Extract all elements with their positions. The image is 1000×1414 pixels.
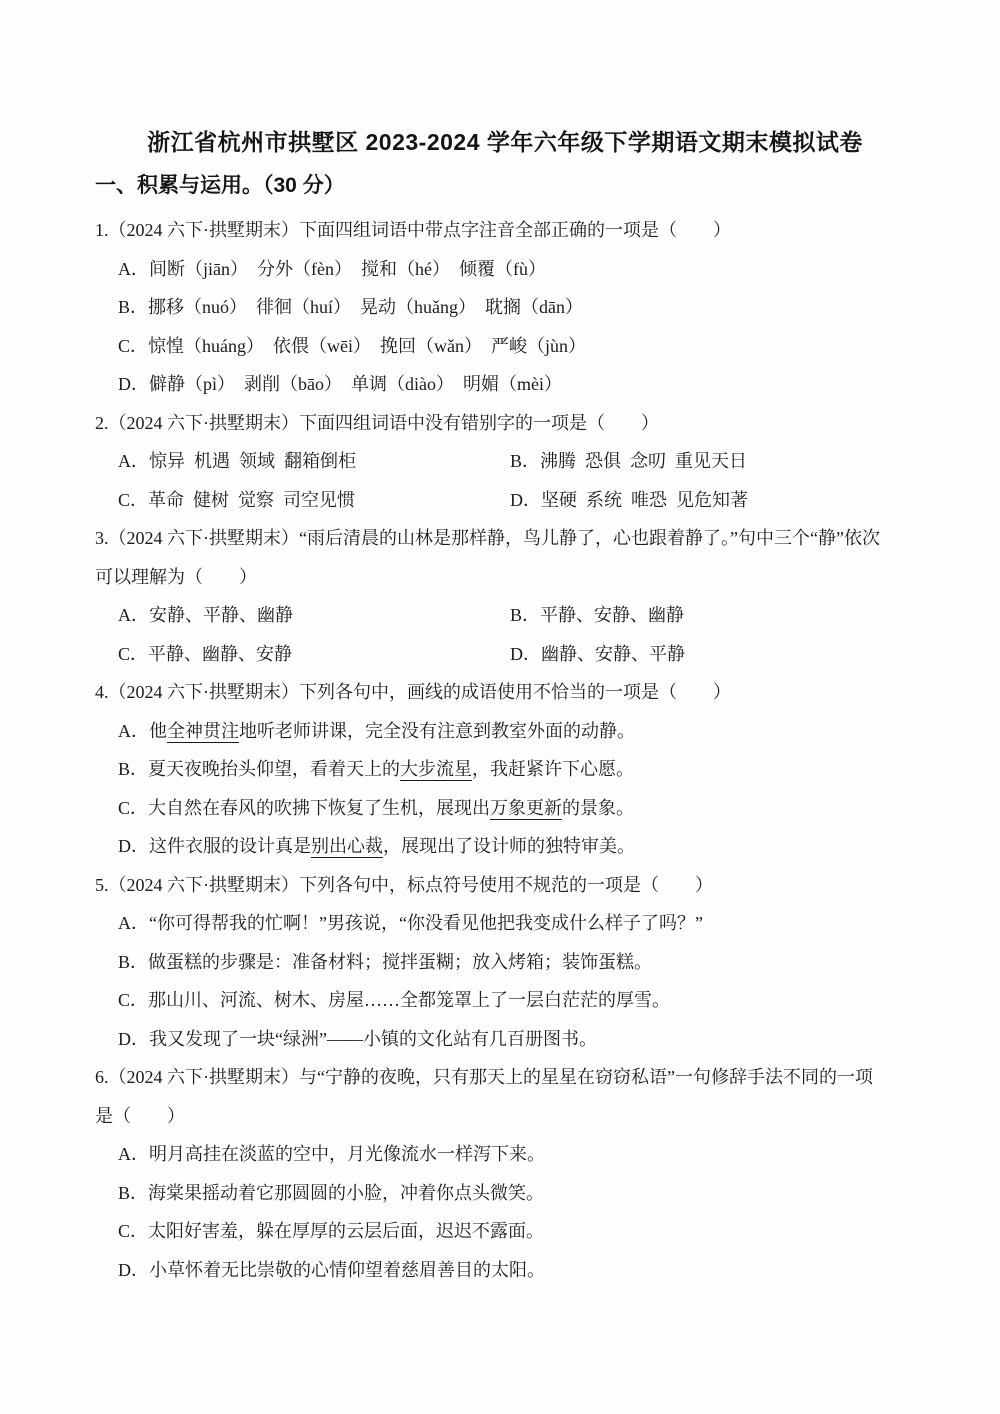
question-2-options-row-1: A．惊异 机遇 领域 翻箱倒柜 B．沸腾 恐俱 念叨 重见天日 <box>95 442 915 481</box>
section-heading: 一、积累与运用。（30 分） <box>95 171 915 201</box>
question-2-option-b: B．沸腾 恐俱 念叨 重见天日 <box>487 442 915 481</box>
question-2-option-a: A．惊异 机遇 领域 翻箱倒柜 <box>95 442 487 481</box>
question-5-stem: 5.（2024 六下·拱墅期末）下列各句中，标点符号使用不规范的一项是（ ） <box>95 866 915 905</box>
question-4-option-c: C．大自然在春风的吹拂下恢复了生机，展现出万象更新的景象。 <box>95 789 915 828</box>
question-6-option-a: A．明月高挂在淡蓝的空中，月光像流水一样泻下来。 <box>95 1135 915 1174</box>
question-3-option-c: C．平静、幽静、安静 <box>95 635 487 674</box>
question-2-option-c: C．革命 健树 觉察 司空见惯 <box>95 481 487 520</box>
underlined-idiom: 万象更新 <box>490 798 562 818</box>
option-text: C．大自然在春风的吹拂下恢复了生机，展现出 <box>118 798 490 818</box>
question-2-options-row-2: C．革命 健树 觉察 司空见惯 D．坚硬 系统 唯恐 见危知著 <box>95 481 915 520</box>
question-5-option-c: C．那山川、河流、树木、房屋……全都笼罩上了一层白茫茫的厚雪。 <box>95 981 915 1020</box>
question-6: 6.（2024 六下·拱墅期末）与“宁静的夜晚，只有那天上的星星在窃窃私语”一句… <box>95 1058 915 1289</box>
exam-title: 浙江省杭州市拱墅区 2023-2024 学年六年级下学期语文期末模拟试卷 <box>95 126 915 158</box>
question-4-option-b: B．夏天夜晚抬头仰望，看着天上的大步流星，我赶紧许下心愿。 <box>95 750 915 789</box>
option-text: D．这件衣服的设计真是 <box>118 836 311 856</box>
underlined-idiom: 大步流星 <box>400 759 472 779</box>
question-4: 4.（2024 六下·拱墅期末）下列各句中，画线的成语使用不恰当的一项是（ ） … <box>95 673 915 866</box>
question-1: 1.（2024 六下·拱墅期末）下面四组词语中带点字注音全部正确的一项是（ ） … <box>95 211 915 404</box>
question-3-options-row-2: C．平静、幽静、安静 D．幽静、安静、平静 <box>95 635 915 674</box>
question-4-option-a: A．他全神贯注地听老师讲课，完全没有注意到教室外面的动静。 <box>95 712 915 751</box>
option-text: B．夏天夜晚抬头仰望，看着天上的 <box>118 759 400 779</box>
question-3: 3.（2024 六下·拱墅期末）“雨后清晨的山林是那样静，鸟儿静了，心也跟着静了… <box>95 519 915 673</box>
question-3-option-b: B．平静、安静、幽静 <box>487 596 915 635</box>
option-text: 的景象。 <box>562 798 634 818</box>
question-6-option-b: B．海棠果摇动着它那圆圆的小脸，冲着你点头微笑。 <box>95 1174 915 1213</box>
option-text: ，展现出了设计师的独特审美。 <box>383 836 635 856</box>
question-5-option-a: A．“你可得帮我的忙啊！”男孩说，“你没看见他把我变成什么样子了吗？” <box>95 904 915 943</box>
question-3-option-d: D．幽静、安静、平静 <box>487 635 915 674</box>
question-2-stem: 2.（2024 六下·拱墅期末）下面四组词语中没有错别字的一项是（ ） <box>95 404 915 443</box>
question-5: 5.（2024 六下·拱墅期末）下列各句中，标点符号使用不规范的一项是（ ） A… <box>95 866 915 1059</box>
question-1-option-a: A．间断（jiān） 分外（fèn） 搅和（hé） 倾覆（fù） <box>95 250 915 289</box>
underlined-idiom: 别出心裁 <box>311 836 383 856</box>
option-text: A．他 <box>118 721 167 741</box>
question-5-option-b: B．做蛋糕的步骤是：准备材料；搅拌蛋糊；放入烤箱；装饰蛋糕。 <box>95 943 915 982</box>
question-3-options-row-1: A．安静、平静、幽静 B．平静、安静、幽静 <box>95 596 915 635</box>
question-2: 2.（2024 六下·拱墅期末）下面四组词语中没有错别字的一项是（ ） A．惊异… <box>95 404 915 520</box>
question-3-stem: 3.（2024 六下·拱墅期末）“雨后清晨的山林是那样静，鸟儿静了，心也跟着静了… <box>95 519 915 596</box>
question-4-option-d: D．这件衣服的设计真是别出心裁，展现出了设计师的独特审美。 <box>95 827 915 866</box>
underlined-idiom: 全神贯注 <box>167 721 239 741</box>
question-5-option-d: D．我又发现了一块“绿洲”——小镇的文化站有几百册图书。 <box>95 1020 915 1059</box>
question-2-option-d: D．坚硬 系统 唯恐 见危知著 <box>487 481 915 520</box>
question-6-option-d: D．小草怀着无比崇敬的心情仰望着慈眉善目的太阳。 <box>95 1251 915 1290</box>
option-text: 地听老师讲课，完全没有注意到教室外面的动静。 <box>239 721 635 741</box>
option-text: ，我赶紧许下心愿。 <box>472 759 634 779</box>
question-3-option-a: A．安静、平静、幽静 <box>95 596 487 635</box>
exam-document-page: 浙江省杭州市拱墅区 2023-2024 学年六年级下学期语文期末模拟试卷 一、积… <box>0 0 1000 1414</box>
question-4-stem: 4.（2024 六下·拱墅期末）下列各句中，画线的成语使用不恰当的一项是（ ） <box>95 673 915 712</box>
question-6-stem: 6.（2024 六下·拱墅期末）与“宁静的夜晚，只有那天上的星星在窃窃私语”一句… <box>95 1058 915 1135</box>
question-1-option-b: B．挪移（nuó） 徘徊（huí） 晃动（huǎng） 耽搁（dān） <box>95 288 915 327</box>
question-1-option-c: C．惊惶（huáng） 依偎（wēi） 挽回（wǎn） 严峻（jùn） <box>95 327 915 366</box>
question-1-stem: 1.（2024 六下·拱墅期末）下面四组词语中带点字注音全部正确的一项是（ ） <box>95 211 915 250</box>
question-6-option-c: C．太阳好害羞，躲在厚厚的云层后面，迟迟不露面。 <box>95 1212 915 1251</box>
question-1-option-d: D．僻静（pì） 剥削（bāo） 单调（diào） 明媚（mèi） <box>95 365 915 404</box>
